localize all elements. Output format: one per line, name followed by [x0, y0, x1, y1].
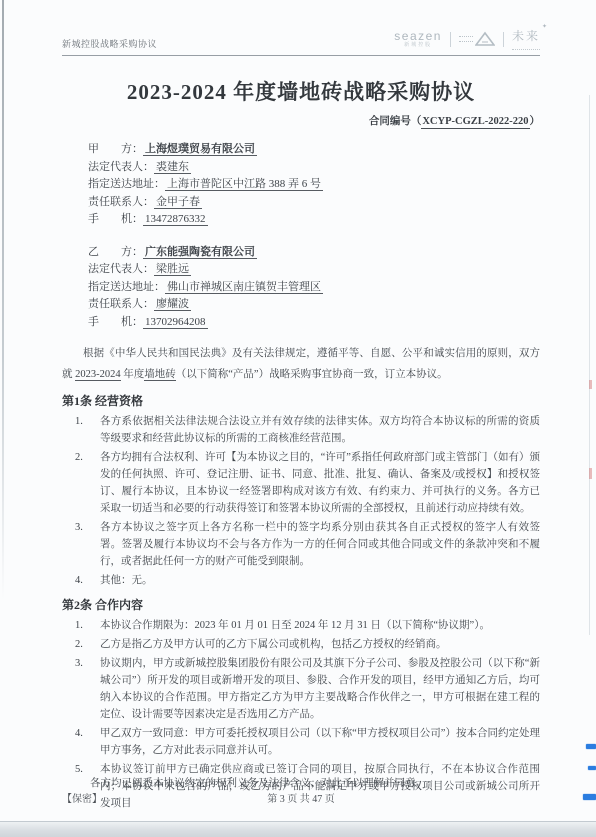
scanned-contract-page: 新城控股战略采购协议 seazen 新城控股 未来 ✦: [0, 0, 596, 837]
party-b-company: 广东能强陶瓷有限公司: [143, 246, 257, 259]
clause-number: 3.: [75, 655, 100, 723]
party-a-contact-row: 责任联系人：金甲子春: [88, 194, 540, 212]
clause-text: 本协议合作期限为：2023 年 01 月 01 日至 2024 年 12 月 3…: [100, 617, 540, 634]
party-a-contact: 金甲子春: [154, 196, 202, 209]
preamble-product-underlined: 墙地砖: [144, 369, 176, 381]
page-scan-right-edge: [589, 95, 590, 635]
blue-index-tab: [586, 744, 596, 749]
clause-text: 各方系依据相关法律法规合法设立并有效存续的法律实体。双方均符合本协议标的所需的资…: [100, 413, 540, 447]
party-b-phone-row: 手 机：13702964208: [88, 314, 540, 332]
party-a-phone: 13472876332: [143, 213, 208, 226]
clause-text: 甲乙双方一致同意：甲方可委托授权项目公司（以下称“甲方授权项目公司”）按本合同约…: [100, 725, 540, 759]
party-a-address-row: 指定送达地址：上海市普陀区中江路 388 弄 6 号: [88, 176, 540, 194]
footer-acknowledgement: 各方均已阅悉本协议约定的权利义务及法律含义，对此予以理解并同意。: [90, 775, 426, 790]
party-a-block: 甲 方：上海煜璞贸易有限公司 法定代表人：裘建东 指定送达地址：上海市普陀区中江…: [88, 141, 540, 229]
party-b-name-row: 乙 方：广东能强陶瓷有限公司: [88, 244, 540, 262]
page-header: 新城控股战略采购协议 seazen 新城控股 未来 ✦: [62, 28, 540, 56]
document-content: 新城控股战略采购协议 seazen 新城控股 未来 ✦: [62, 28, 540, 814]
party-a-company: 上海煜璞贸易有限公司: [143, 143, 257, 156]
party-a-name-row: 甲 方：上海煜璞贸易有限公司: [88, 141, 540, 159]
confidential-label: 【保密】: [62, 790, 102, 805]
clause-item: 3.各方本协议之签字页上各方名称一栏中的签字均系分别由获其各自正式授权的签字人有…: [62, 519, 540, 570]
section-1-clauses: 1.各方系依据相关法律法规合法设立并有效存续的法律实体。双方均符合本协议标的所需…: [62, 413, 540, 589]
clause-text: 各方本协议之签字页上各方名称一栏中的签字均系分别由获其各自正式授权的签字人有效签…: [100, 519, 540, 570]
clause-item: 2.乙方是指乙方及甲方认可的乙方下属公司或机构，包括乙方授权的经销商。: [62, 636, 540, 653]
clause-item: 1.各方系依据相关法律法规合法设立并有效存续的法律实体。双方均符合本协议标的所需…: [62, 413, 540, 447]
field-label: 指定送达地址：: [88, 178, 165, 190]
contract-number-suffix: ）: [530, 116, 541, 127]
future-logo: 未来 ✦: [512, 28, 540, 50]
clause-number: 3.: [75, 519, 100, 570]
section-2-heading: 第2条 合作内容: [62, 596, 540, 613]
party-a-address: 上海市普陀区中江路 388 弄 6 号: [165, 178, 323, 191]
party-b-legal-rep-row: 法定代表人：梁胜远: [88, 261, 540, 279]
document-title: 2023-2024 年度墙地砖战略采购协议: [62, 76, 540, 106]
clause-number: 4.: [75, 572, 100, 589]
logo-divider: [503, 32, 504, 47]
future-sub-label: [512, 46, 540, 50]
clause-number: 2.: [75, 636, 100, 653]
preamble-paragraph: 根据《中华人民共和国民法典》及有关法律规定，遵循平等、自愿、公平和诚实信用的原则…: [62, 344, 540, 385]
party-b-block: 乙 方：广东能强陶瓷有限公司 法定代表人：梁胜远 指定送达地址：佛山市禅城区南庄…: [88, 244, 540, 332]
seazen-sub-label: 新城控股: [394, 43, 442, 48]
clause-text: 乙方是指乙方及甲方认可的乙方下属公司或机构，包括乙方授权的经销商。: [100, 636, 540, 653]
clause-item: 1.本协议合作期限为：2023 年 01 月 01 日至 2024 年 12 月…: [62, 617, 540, 634]
blue-index-tab: [583, 794, 596, 800]
field-label: 责任联系人：: [88, 196, 154, 208]
field-label: 法定代表人：: [88, 161, 154, 173]
contract-number-prefix: 合同编号（: [369, 116, 422, 127]
field-label: 手 机：: [88, 213, 143, 225]
future-wordmark: 未来: [512, 29, 540, 43]
party-a-legal-rep: 裘建东: [154, 161, 191, 174]
sparkle-mark-icon: ✦: [542, 24, 547, 30]
seazen-wordmark: seazen: [394, 30, 442, 42]
brand-logos: seazen 新城控股 未来 ✦: [394, 28, 540, 50]
clause-text: 各方均拥有合法权利、许可【为本协议之目的，“许可”系指任何政府部门或主管部门（如…: [100, 449, 540, 517]
preamble-year-underlined: 2023-2024: [75, 369, 121, 381]
contract-number-value: XCYP-CGZL-2022-220: [421, 116, 529, 129]
clause-number: 2.: [75, 449, 100, 517]
triangle-icon: [475, 31, 495, 47]
blue-index-tab: [588, 766, 596, 770]
page-scan-left-edge: [2, 0, 4, 600]
clause-number: 4.: [75, 725, 100, 759]
red-bleedthrough-mark: [589, 380, 592, 389]
party-b-contact: 廖耀波: [154, 298, 191, 311]
party-a-phone-row: 手 机：13472876332: [88, 211, 540, 229]
clause-number: 1.: [75, 413, 100, 447]
party-a-legal-rep-row: 法定代表人：裘建东: [88, 159, 540, 177]
header-doc-label: 新城控股战略采购协议: [62, 37, 157, 50]
triangle-logo-icon: [459, 31, 495, 47]
party-b-legal-rep: 梁胜远: [154, 263, 191, 276]
party-b-contact-row: 责任联系人：廖耀波: [88, 296, 540, 314]
footer-row: 【保密】 第 3 页 共 47 页: [62, 790, 540, 805]
section-1-heading: 第1条 经营资格: [62, 392, 540, 409]
clause-item: 4.其他：无。: [62, 572, 540, 589]
field-label: 法定代表人：: [88, 263, 154, 275]
contract-number-line: 合同编号（XCYP-CGZL-2022-220）: [62, 113, 540, 128]
preamble-text: 年度: [121, 369, 145, 380]
triangle-logo-text: [459, 36, 473, 42]
field-label: 责任联系人：: [88, 298, 154, 310]
party-b-phone: 13702964208: [143, 316, 208, 329]
clause-text: 协议期内，甲方或新城控股集团股份有限公司及其旗下分子公司、参股及控股公司（以下称…: [100, 655, 540, 723]
page-scan-bottom-edge: [0, 821, 596, 837]
clause-item: 4.甲乙双方一致同意：甲方可委托授权项目公司（以下称“甲方授权项目公司”）按本合…: [62, 725, 540, 759]
field-label: 甲 方：: [88, 143, 143, 155]
clause-text: 其他：无。: [100, 572, 540, 589]
party-b-address-row: 指定送达地址：佛山市禅城区南庄镇贺丰管理区: [88, 279, 540, 297]
preamble-text: （以下简称“产品”）战略采购事宜协商一致，订立本协议。: [176, 369, 448, 380]
field-label: 乙 方：: [88, 246, 143, 258]
page-number-info: 第 3 页 共 47 页: [62, 790, 540, 805]
party-b-address: 佛山市禅城区南庄镇贺丰管理区: [165, 281, 323, 294]
red-bleedthrough-mark: [589, 468, 592, 479]
seazen-logo: seazen 新城控股: [394, 30, 442, 48]
field-label: 手 机：: [88, 316, 143, 328]
logo-divider: [450, 32, 451, 47]
clause-item: 2.各方均拥有合法权利、许可【为本协议之目的，“许可”系指任何政府部门或主管部门…: [62, 449, 540, 517]
field-label: 指定送达地址：: [88, 281, 165, 293]
clause-number: 1.: [75, 617, 100, 634]
clause-item: 3.协议期内，甲方或新城控股集团股份有限公司及其旗下分子公司、参股及控股公司（以…: [62, 655, 540, 723]
